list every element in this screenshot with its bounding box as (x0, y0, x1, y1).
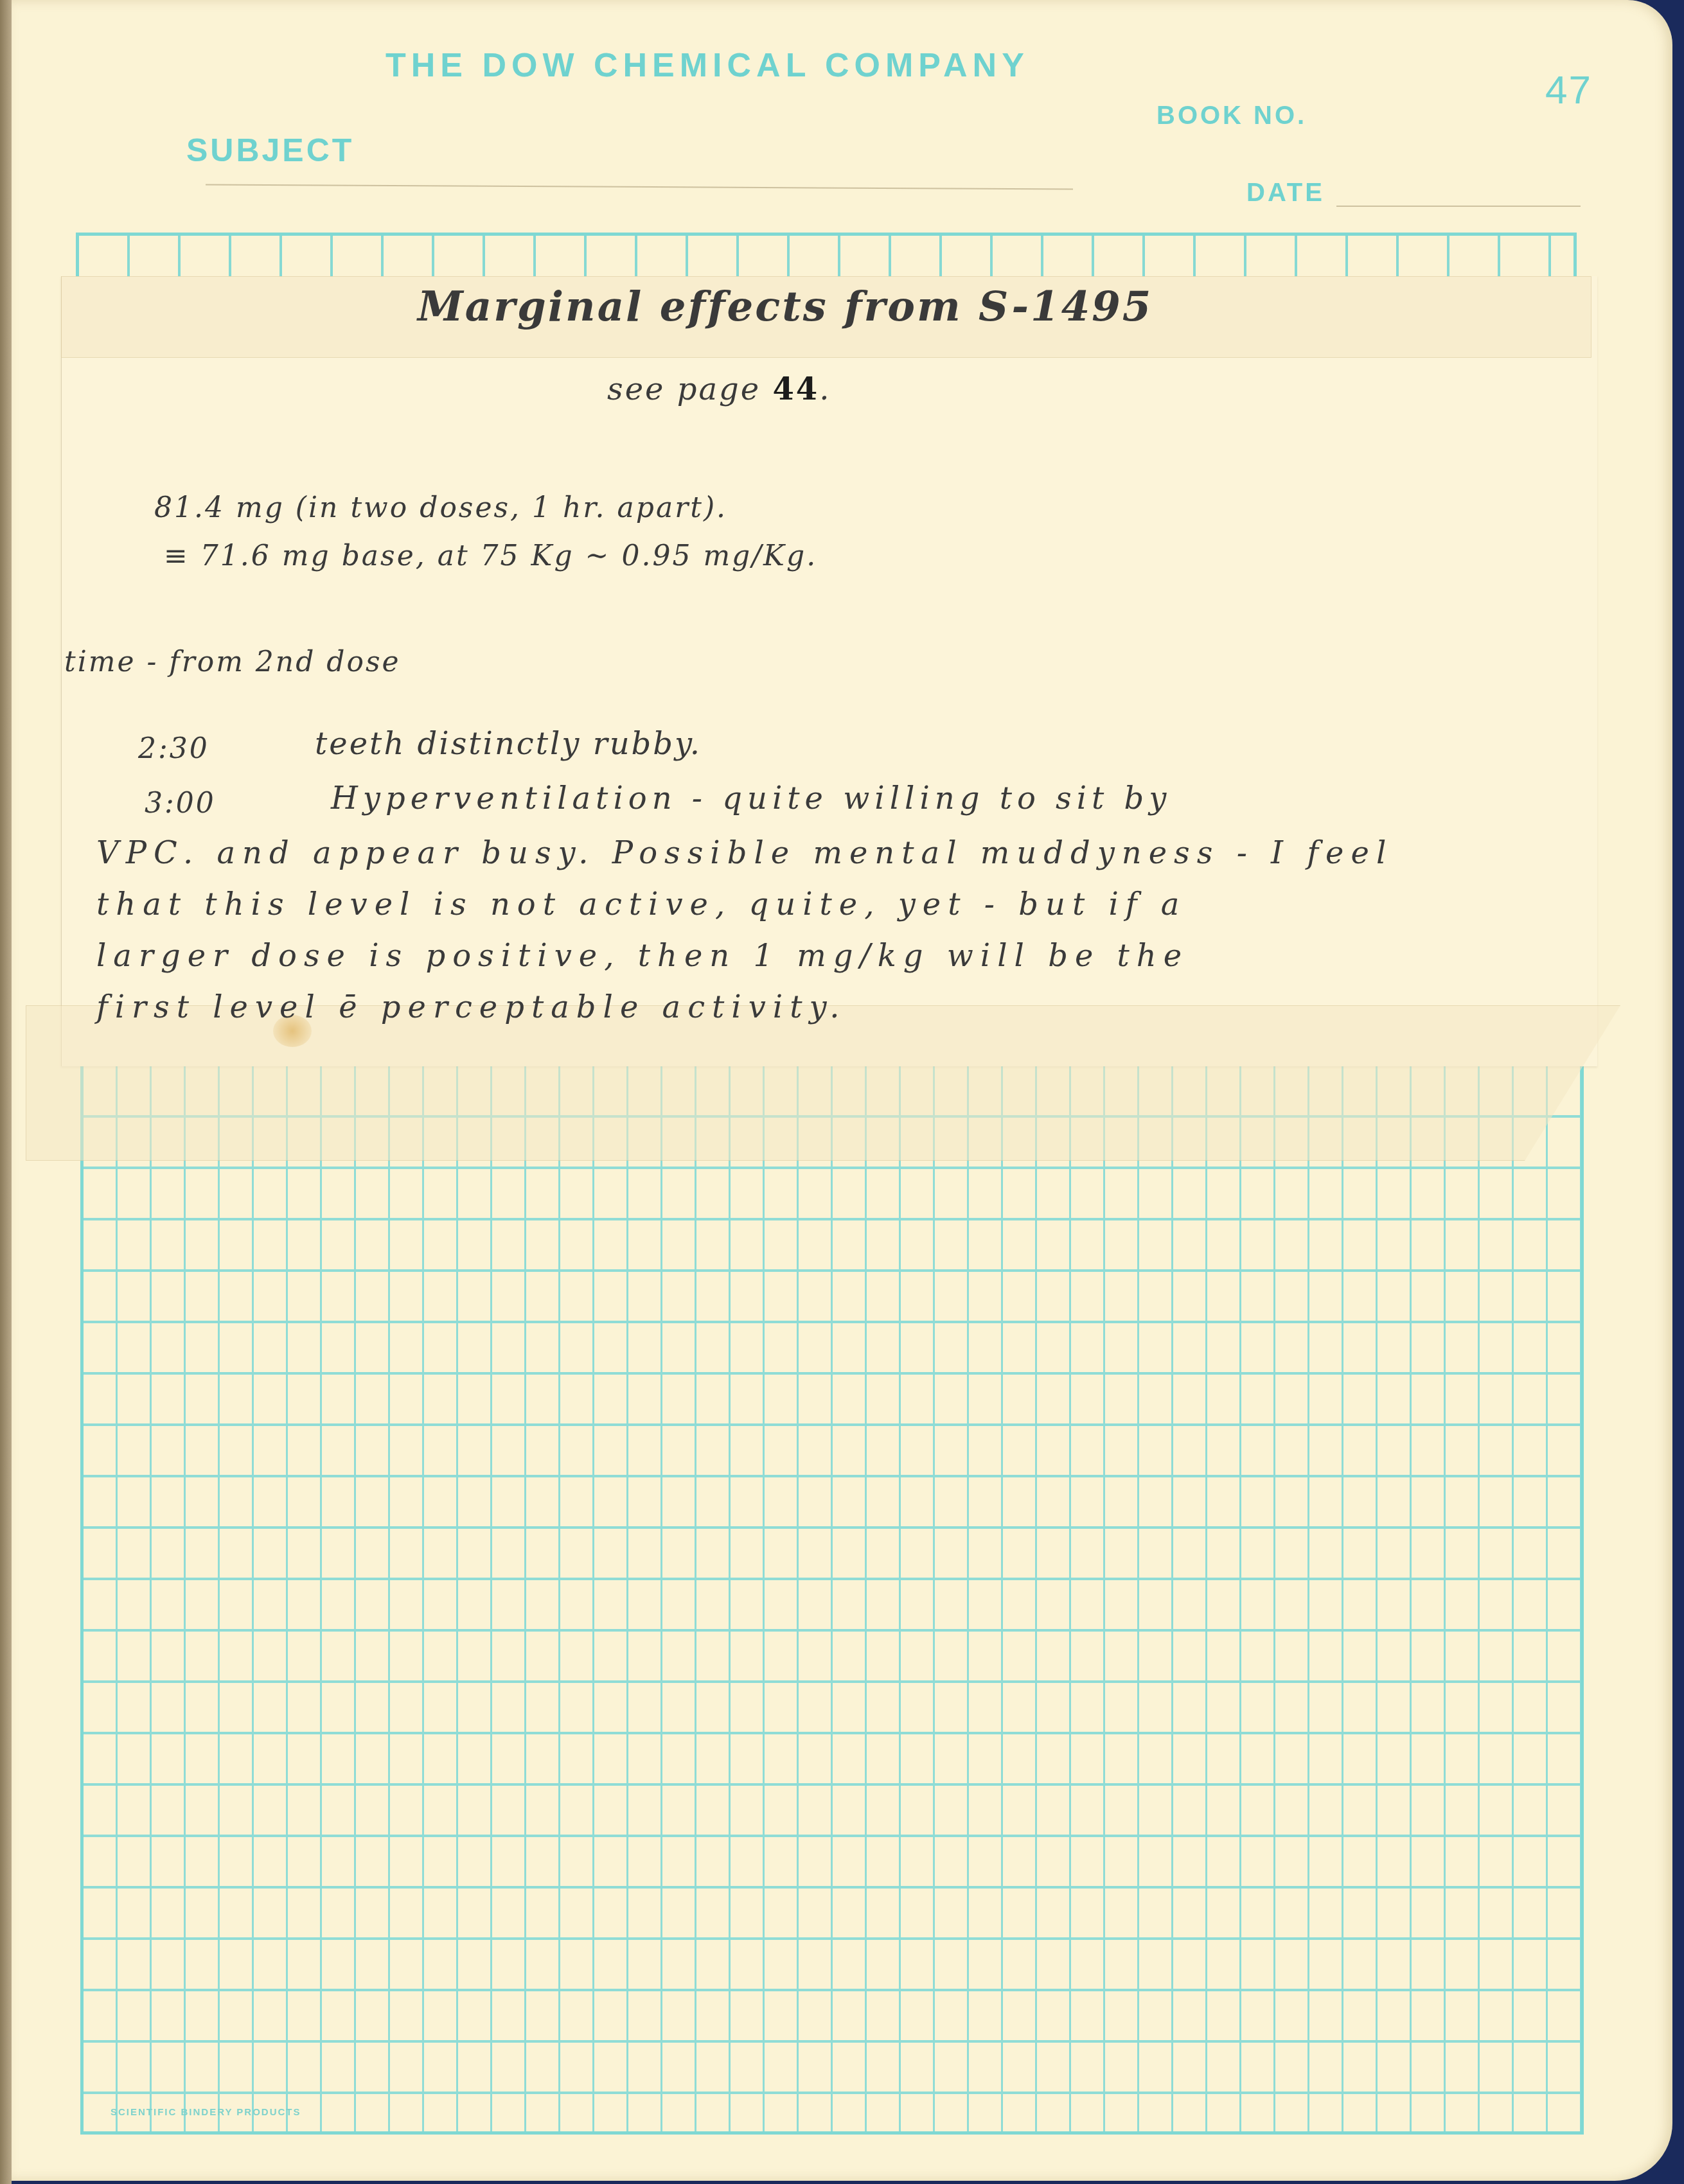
time-header: time - from 2nd dose (64, 646, 401, 678)
notebook-binding (0, 0, 12, 2184)
see-page-reference: see page 44. (607, 371, 831, 407)
date-rule (1336, 206, 1581, 207)
see-page-number: 44 (772, 371, 819, 407)
date-label: DATE (1246, 179, 1325, 207)
company-title: THE DOW CHEMICAL COMPANY (386, 46, 1029, 85)
observation-text: Hyperventilation - quite willing to sit … (331, 780, 1171, 816)
book-number-label: BOOK NO. (1157, 101, 1307, 130)
dose-line: 81.4 mg (in two doses, 1 hr. apart). (154, 491, 727, 524)
page-number: 47 (1545, 67, 1592, 113)
observation-time: 3:00 (145, 787, 216, 820)
observation-time: 2:30 (138, 732, 209, 765)
note-body-line: first level ē perceptable activity. (96, 989, 846, 1025)
see-page-prefix: see page (607, 371, 761, 407)
graph-paper-grid (80, 1063, 1584, 2135)
note-body-line: that this level is not active, quite, ye… (96, 886, 1186, 922)
note-title: Marginal effects from S-1495 (418, 283, 1153, 331)
bindery-imprint: SCIENTIFIC BINDERY PRODUCTS (111, 2107, 301, 2118)
see-page-suffix: . (819, 371, 831, 407)
note-body-line: VPC. and appear busy. Possible mental mu… (96, 835, 1393, 871)
observation-text: teeth distinctly rubby. (315, 726, 702, 762)
note-body-line: larger dose is positive, then 1 mg/kg wi… (96, 938, 1189, 974)
subject-label: SUBJECT (186, 132, 354, 169)
dose-calculation-line: ≡ 71.6 mg base, at 75 Kg ~ 0.95 mg/Kg. (164, 540, 817, 572)
tape-strip-bottom (26, 1005, 1620, 1161)
